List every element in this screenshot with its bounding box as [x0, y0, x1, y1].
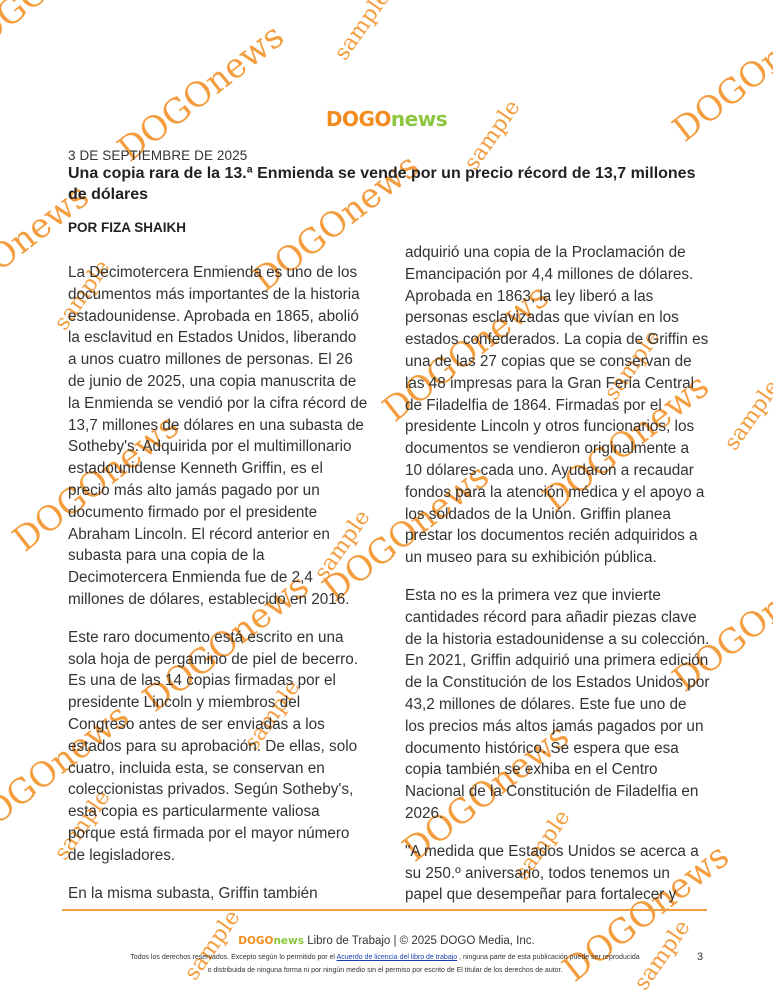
document-page: DOGOnewssampleDOGOnewsDOGOnewsDOGOnewssa… [0, 0, 773, 1000]
paragraph: adquirió una copia de la Proclamación de… [405, 242, 710, 569]
logo-dogo-text: DOGO [326, 107, 391, 131]
license-agreement-link[interactable]: Acuerdo de licencia del libro de trabajo [337, 954, 458, 961]
article-column-left: La Decimotercera Enmienda es uno de los … [68, 262, 368, 920]
watermark-text: sample [330, 0, 396, 65]
article-column-right: adquirió una copia de la Proclamación de… [405, 242, 710, 922]
footer-copyright-notice: Todos los derechos reservados. Excepto s… [130, 951, 640, 977]
article-date: 3 DE SEPTIEMBRE DE 2025 [68, 148, 247, 163]
watermark-text: sample [720, 376, 773, 455]
article-byline: POR FIZA SHAIKH [68, 220, 186, 235]
page-number: 3 [697, 951, 703, 963]
paragraph: Esta no es la primera vez que invierte c… [405, 585, 710, 825]
article-headline: Una copia rara de la 13.ª Enmienda se ve… [68, 163, 708, 205]
paragraph: Este raro documento está escrito en una … [68, 627, 368, 867]
footer-logo-news: news [273, 935, 304, 947]
dogonews-logo: DOGOnews [0, 107, 773, 131]
paragraph: La Decimotercera Enmienda es uno de los … [68, 262, 368, 611]
footer-divider [62, 909, 707, 911]
rights-text: Todos los derechos reservados. Excepto s… [130, 954, 336, 961]
footer-logo-dogo: DOGO [238, 935, 273, 947]
paragraph: "A medida que Estados Unidos se acerca a… [405, 841, 710, 906]
logo-news-text: news [391, 107, 447, 131]
footer-title: DOGOnews Libro de Trabajo | © 2025 DOGO … [0, 935, 773, 947]
paragraph: En la misma subasta, Griffin también [68, 883, 368, 905]
footer-title-text: Libro de Trabajo | © 2025 DOGO Media, In… [304, 935, 535, 947]
watermark-text: DOGOnews [110, 16, 291, 170]
watermark-text: DOGOnews [0, 0, 127, 70]
